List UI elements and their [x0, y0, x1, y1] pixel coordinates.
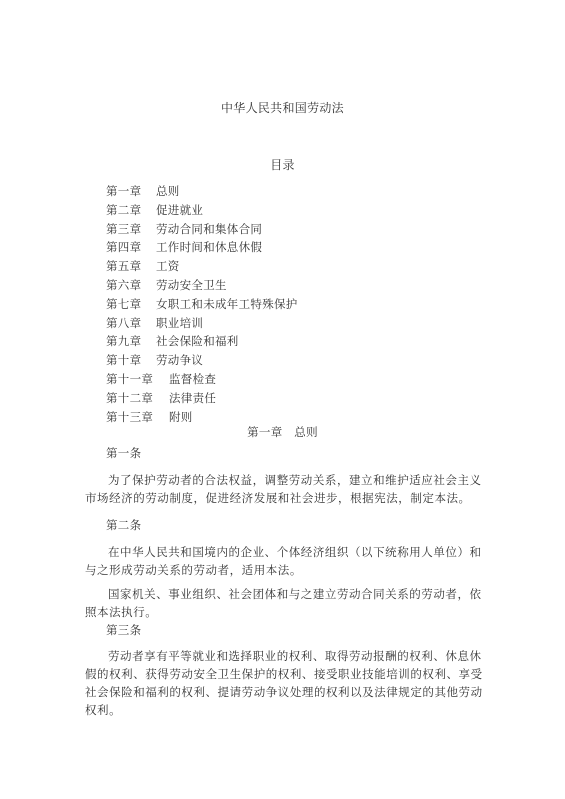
toc-item: 第十章劳动争议: [106, 353, 298, 372]
toc-item-title: 劳动安全卫生: [156, 278, 227, 292]
toc-item: 第二章促进就业: [106, 203, 298, 222]
toc-item-title: 法律责任: [169, 391, 216, 405]
toc-item-title: 社会保险和福利: [156, 334, 239, 348]
document-title: 中华人民共和国劳动法: [0, 101, 565, 115]
toc-item: 第四章工作时间和休息休假: [106, 240, 298, 259]
article-paragraph: 在中华人民共和国境内的企业、个体经济组织（以下统称用人单位）和与之形成劳动关系的…: [85, 543, 485, 579]
toc-item-title: 劳动争议: [156, 353, 203, 367]
toc-item: 第十一章监督检查: [106, 372, 298, 391]
toc-item-title: 监督检查: [169, 372, 216, 386]
toc-item-number: 第九章: [106, 334, 156, 348]
toc-item: 第五章工资: [106, 259, 298, 278]
toc-item-number: 第一章: [106, 184, 156, 198]
toc-item: 第三章劳动合同和集体合同: [106, 222, 298, 241]
toc-item-number: 第十二章: [106, 391, 169, 405]
article-paragraph: 劳动者享有平等就业和选择职业的权利、取得劳动报酬的权利、休息休假的权利、获得劳动…: [85, 647, 485, 719]
toc-item-number: 第八章: [106, 316, 156, 330]
toc-heading: 目录: [0, 158, 565, 172]
toc-item-title: 劳动合同和集体合同: [156, 222, 262, 236]
article-label: 第二条: [106, 518, 141, 532]
toc-item-title: 工作时间和休息休假: [156, 240, 262, 254]
article-label: 第一条: [106, 446, 141, 460]
chapter-heading: 第一章 总则: [0, 425, 565, 439]
toc-item-number: 第五章: [106, 259, 156, 273]
toc-item-title: 工资: [156, 259, 180, 273]
toc-item-title: 职业培训: [156, 316, 203, 330]
toc-item-number: 第十三章: [106, 410, 169, 424]
article-paragraph: 国家机关、事业组织、社会团体和与之建立劳动合同关系的劳动者，依照本法执行。: [85, 585, 485, 621]
toc-item-number: 第三章: [106, 222, 156, 236]
toc-item-title: 总则: [156, 184, 180, 198]
toc-item: 第九章社会保险和福利: [106, 334, 298, 353]
toc-item-number: 第六章: [106, 278, 156, 292]
toc-item: 第六章劳动安全卫生: [106, 278, 298, 297]
toc-item: 第十二章法律责任: [106, 391, 298, 410]
table-of-contents: 第一章总则 第二章促进就业 第三章劳动合同和集体合同 第四章工作时间和休息休假 …: [106, 184, 298, 428]
toc-item-number: 第二章: [106, 203, 156, 217]
toc-item-title: 女职工和未成年工特殊保护: [156, 297, 298, 311]
toc-item-number: 第十一章: [106, 372, 169, 386]
toc-item: 第七章女职工和未成年工特殊保护: [106, 297, 298, 316]
toc-item-number: 第七章: [106, 297, 156, 311]
toc-item-number: 第十章: [106, 353, 156, 367]
toc-item-title: 促进就业: [156, 203, 203, 217]
toc-item: 第一章总则: [106, 184, 298, 203]
toc-item: 第八章职业培训: [106, 316, 298, 335]
article-paragraph: 为了保护劳动者的合法权益，调整劳动关系，建立和维护适应社会主义市场经济的劳动制度…: [85, 471, 485, 507]
article-label: 第三条: [106, 623, 141, 637]
toc-item-number: 第四章: [106, 240, 156, 254]
toc-item-title: 附则: [169, 410, 193, 424]
